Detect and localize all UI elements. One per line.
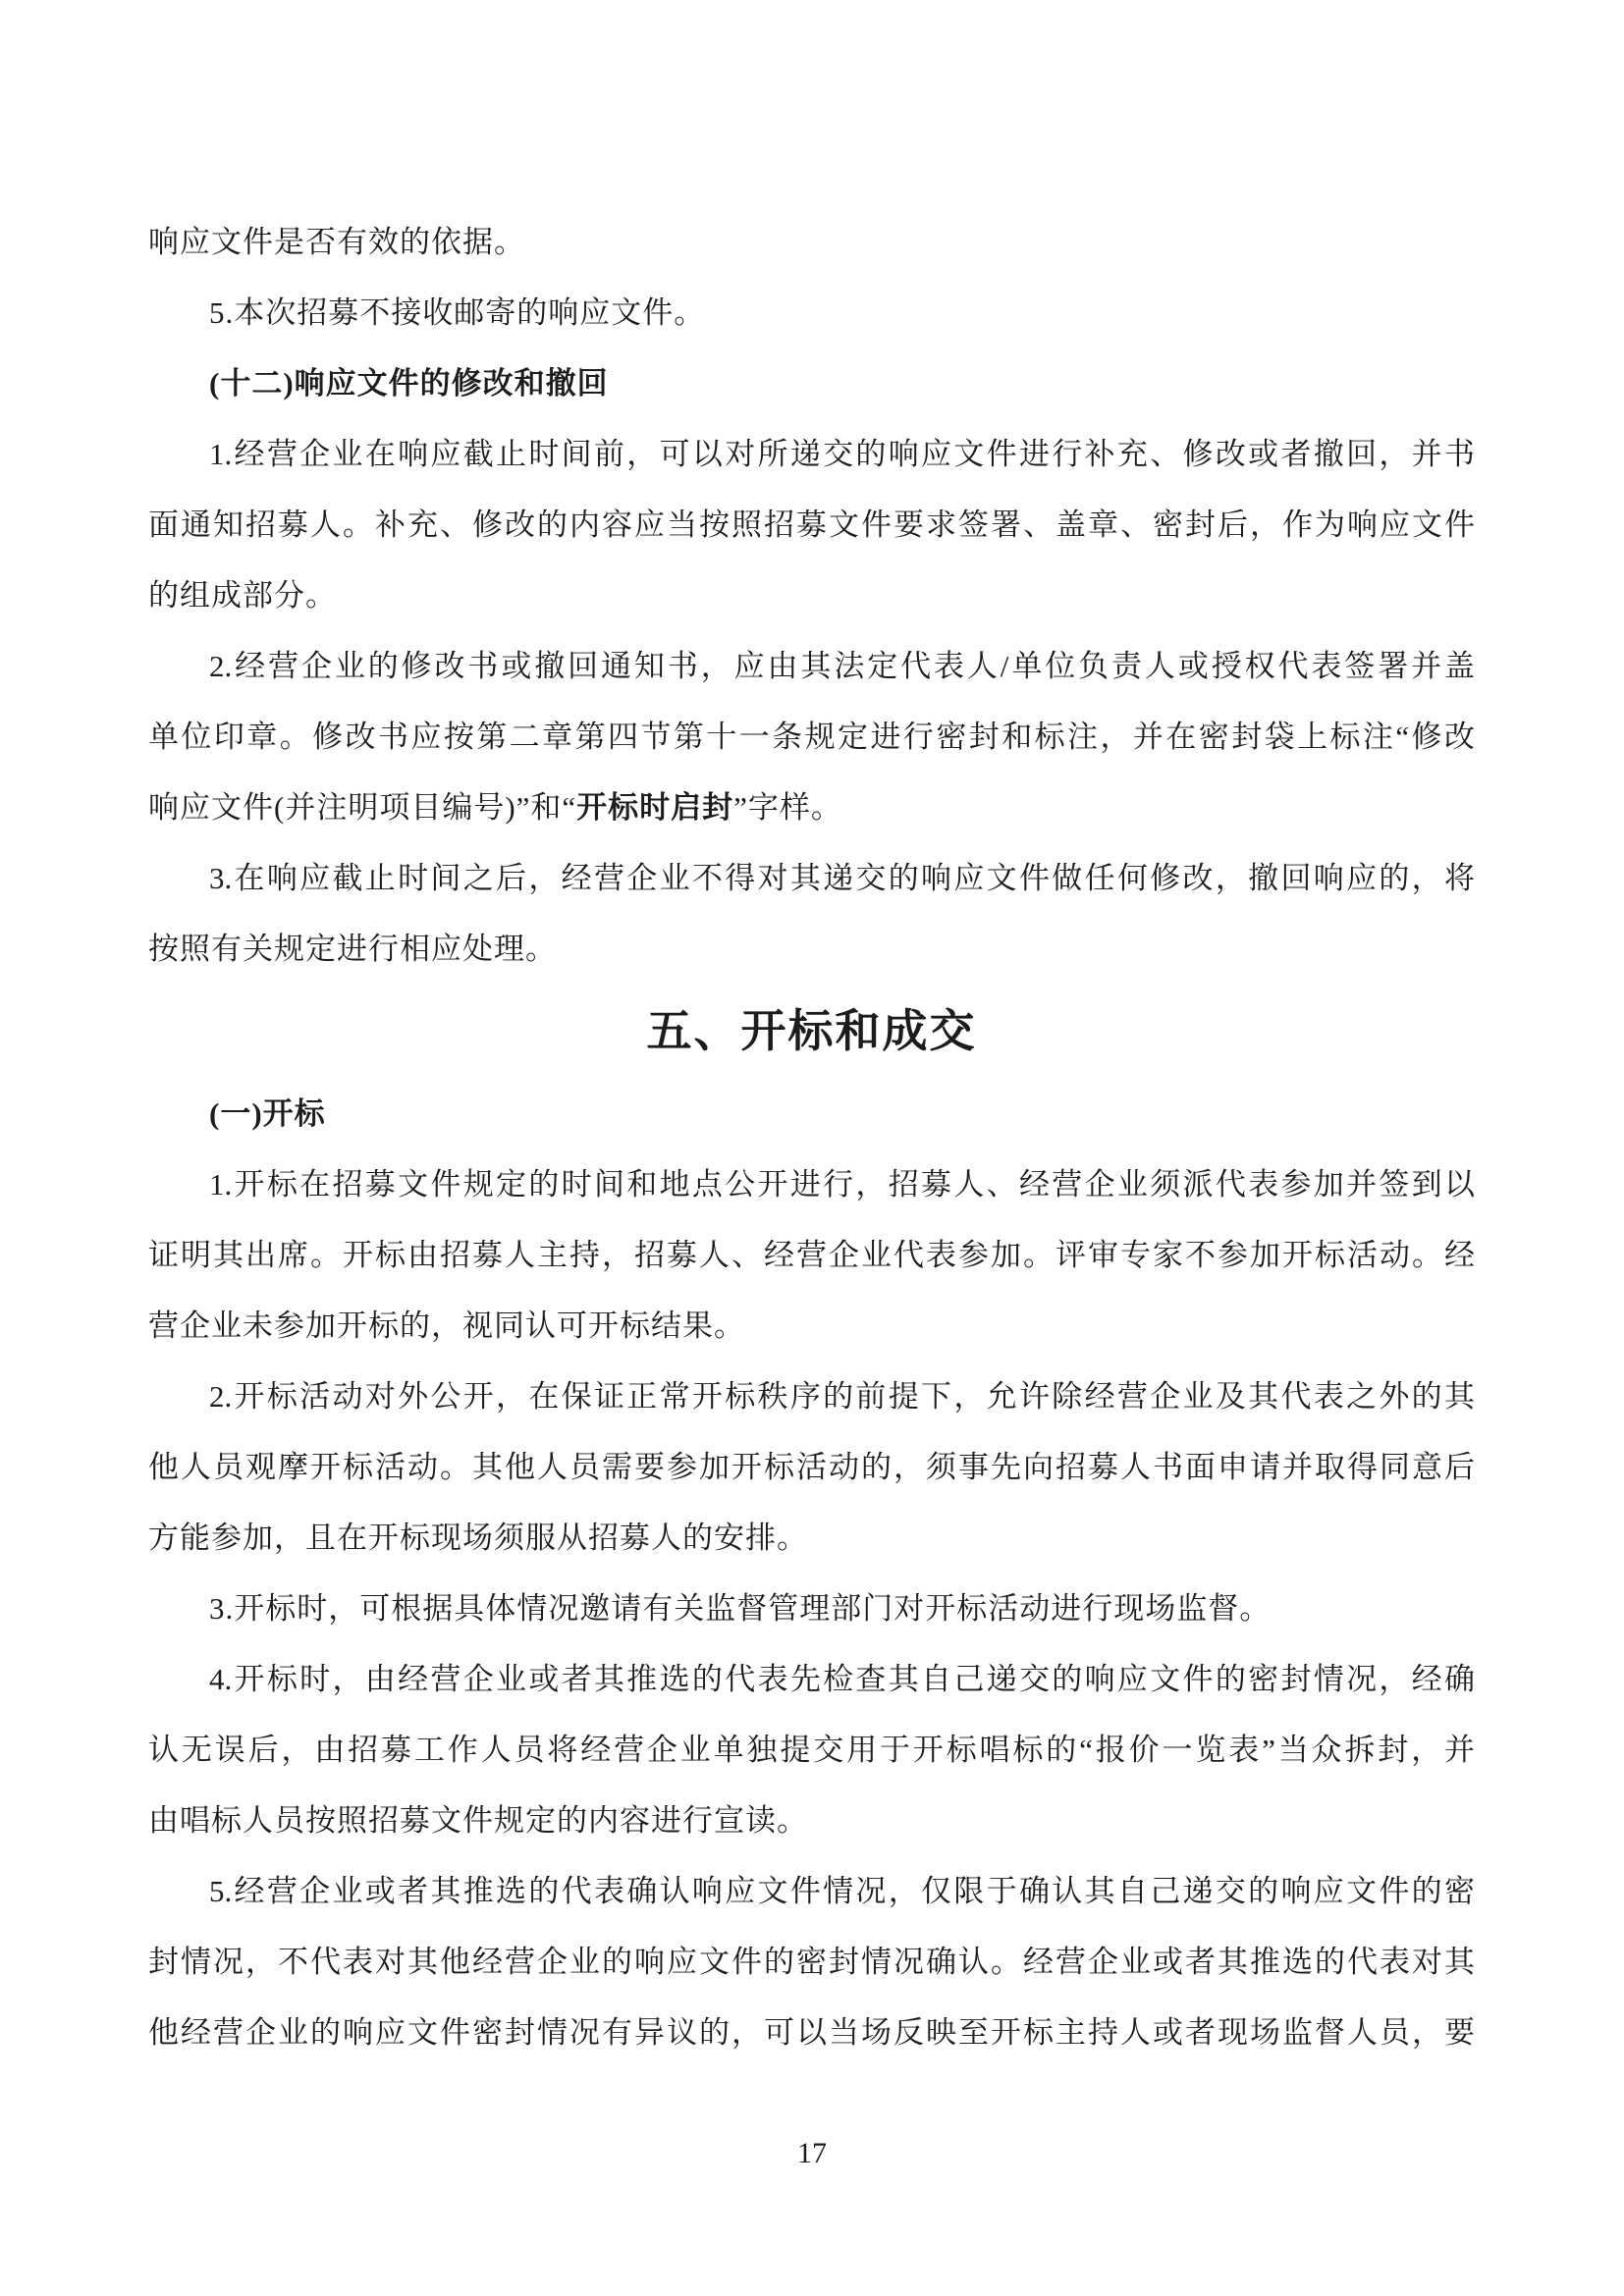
text-line: 封情况，不代表对其他经营企业的响应文件的密封情况确认。经营企业或者其推选的代表对… bbox=[148, 1927, 1475, 1998]
text-line: 2.经营企业的修改书或撤回通知书，应由其法定代表人/单位负责人或授权代表签署并盖 bbox=[148, 631, 1475, 702]
text-line: 认无误后，由招募工作人员将经营企业单独提交用于开标唱标的“报价一览表”当众拆封，… bbox=[148, 1715, 1475, 1786]
page-number: 17 bbox=[0, 2137, 1624, 2170]
text-segment: ”字样。 bbox=[733, 790, 842, 825]
bold-text-segment: 开标时启封 bbox=[576, 790, 733, 825]
text-line: 由唱标人员按照招募文件规定的内容进行宣读。 bbox=[148, 1786, 1475, 1856]
text-segment: 响应文件(并注明项目编号)”和“ bbox=[148, 790, 576, 825]
text-line: 的组成部分。 bbox=[148, 561, 1475, 631]
text-line: 2.开标活动对外公开，在保证正常开标秩序的前提下，允许除经营企业及其代表之外的其 bbox=[148, 1362, 1475, 1432]
text-line: 证明其出席。开标由招募人主持，招募人、经营企业代表参加。评审专家不参加开标活动。… bbox=[148, 1220, 1475, 1291]
text-line: 4.开标时，由经营企业或者其推选的代表先检查其自己递交的响应文件的密封情况，经确 bbox=[148, 1644, 1475, 1715]
document-body: 响应文件是否有效的依据。5.本次招募不接收邮寄的响应文件。(十二)响应文件的修改… bbox=[148, 207, 1475, 2068]
text-line: 他经营企业的响应文件密封情况有异议的，可以当场反映至开标主持人或者现场监督人员，… bbox=[148, 1998, 1475, 2068]
text-line: 单位印章。修改书应按第二章第四节第十一条规定进行密封和标注，并在密封袋上标注“修… bbox=[148, 702, 1475, 773]
text-line: 3.开标时，可根据具体情况邀请有关监督管理部门对开标活动进行现场监督。 bbox=[148, 1574, 1475, 1644]
text-line: 响应文件(并注明项目编号)”和“开标时启封”字样。 bbox=[148, 773, 1475, 843]
text-line: 5.经营企业或者其推选的代表确认响应文件情况，仅限于确认其自己递交的响应文件的密 bbox=[148, 1856, 1475, 1927]
text-line: 1.经营企业在响应截止时间前，可以对所递交的响应文件进行补充、修改或者撤回，并书 bbox=[148, 419, 1475, 490]
text-line: 营企业未参加开标的，视同认可开标结果。 bbox=[148, 1291, 1475, 1362]
text-line: 3.在响应截止时间之后，经营企业不得对其递交的响应文件做任何修改，撤回响应的，将 bbox=[148, 843, 1475, 914]
text-line: 响应文件是否有效的依据。 bbox=[148, 207, 1475, 278]
heading-line: (十二)响应文件的修改和撤回 bbox=[148, 348, 1475, 419]
text-line: 1.开标在招募文件规定的时间和地点公开进行，招募人、经营企业须派代表参加并签到以 bbox=[148, 1149, 1475, 1220]
text-line: 按照有关规定进行相应处理。 bbox=[148, 914, 1475, 985]
text-line: 面通知招募人。补充、修改的内容应当按照招募文件要求签署、盖章、密封后，作为响应文… bbox=[148, 490, 1475, 561]
heading-line: (一)开标 bbox=[148, 1079, 1475, 1149]
heading-line: 五、开标和成交 bbox=[148, 985, 1475, 1079]
text-line: 方能参加，且在开标现场须服从招募人的安排。 bbox=[148, 1503, 1475, 1574]
document-page: 响应文件是否有效的依据。5.本次招募不接收邮寄的响应文件。(十二)响应文件的修改… bbox=[0, 0, 1624, 2296]
text-line: 5.本次招募不接收邮寄的响应文件。 bbox=[148, 278, 1475, 348]
text-line: 他人员观摩开标活动。其他人员需要参加开标活动的，须事先向招募人书面申请并取得同意… bbox=[148, 1432, 1475, 1503]
